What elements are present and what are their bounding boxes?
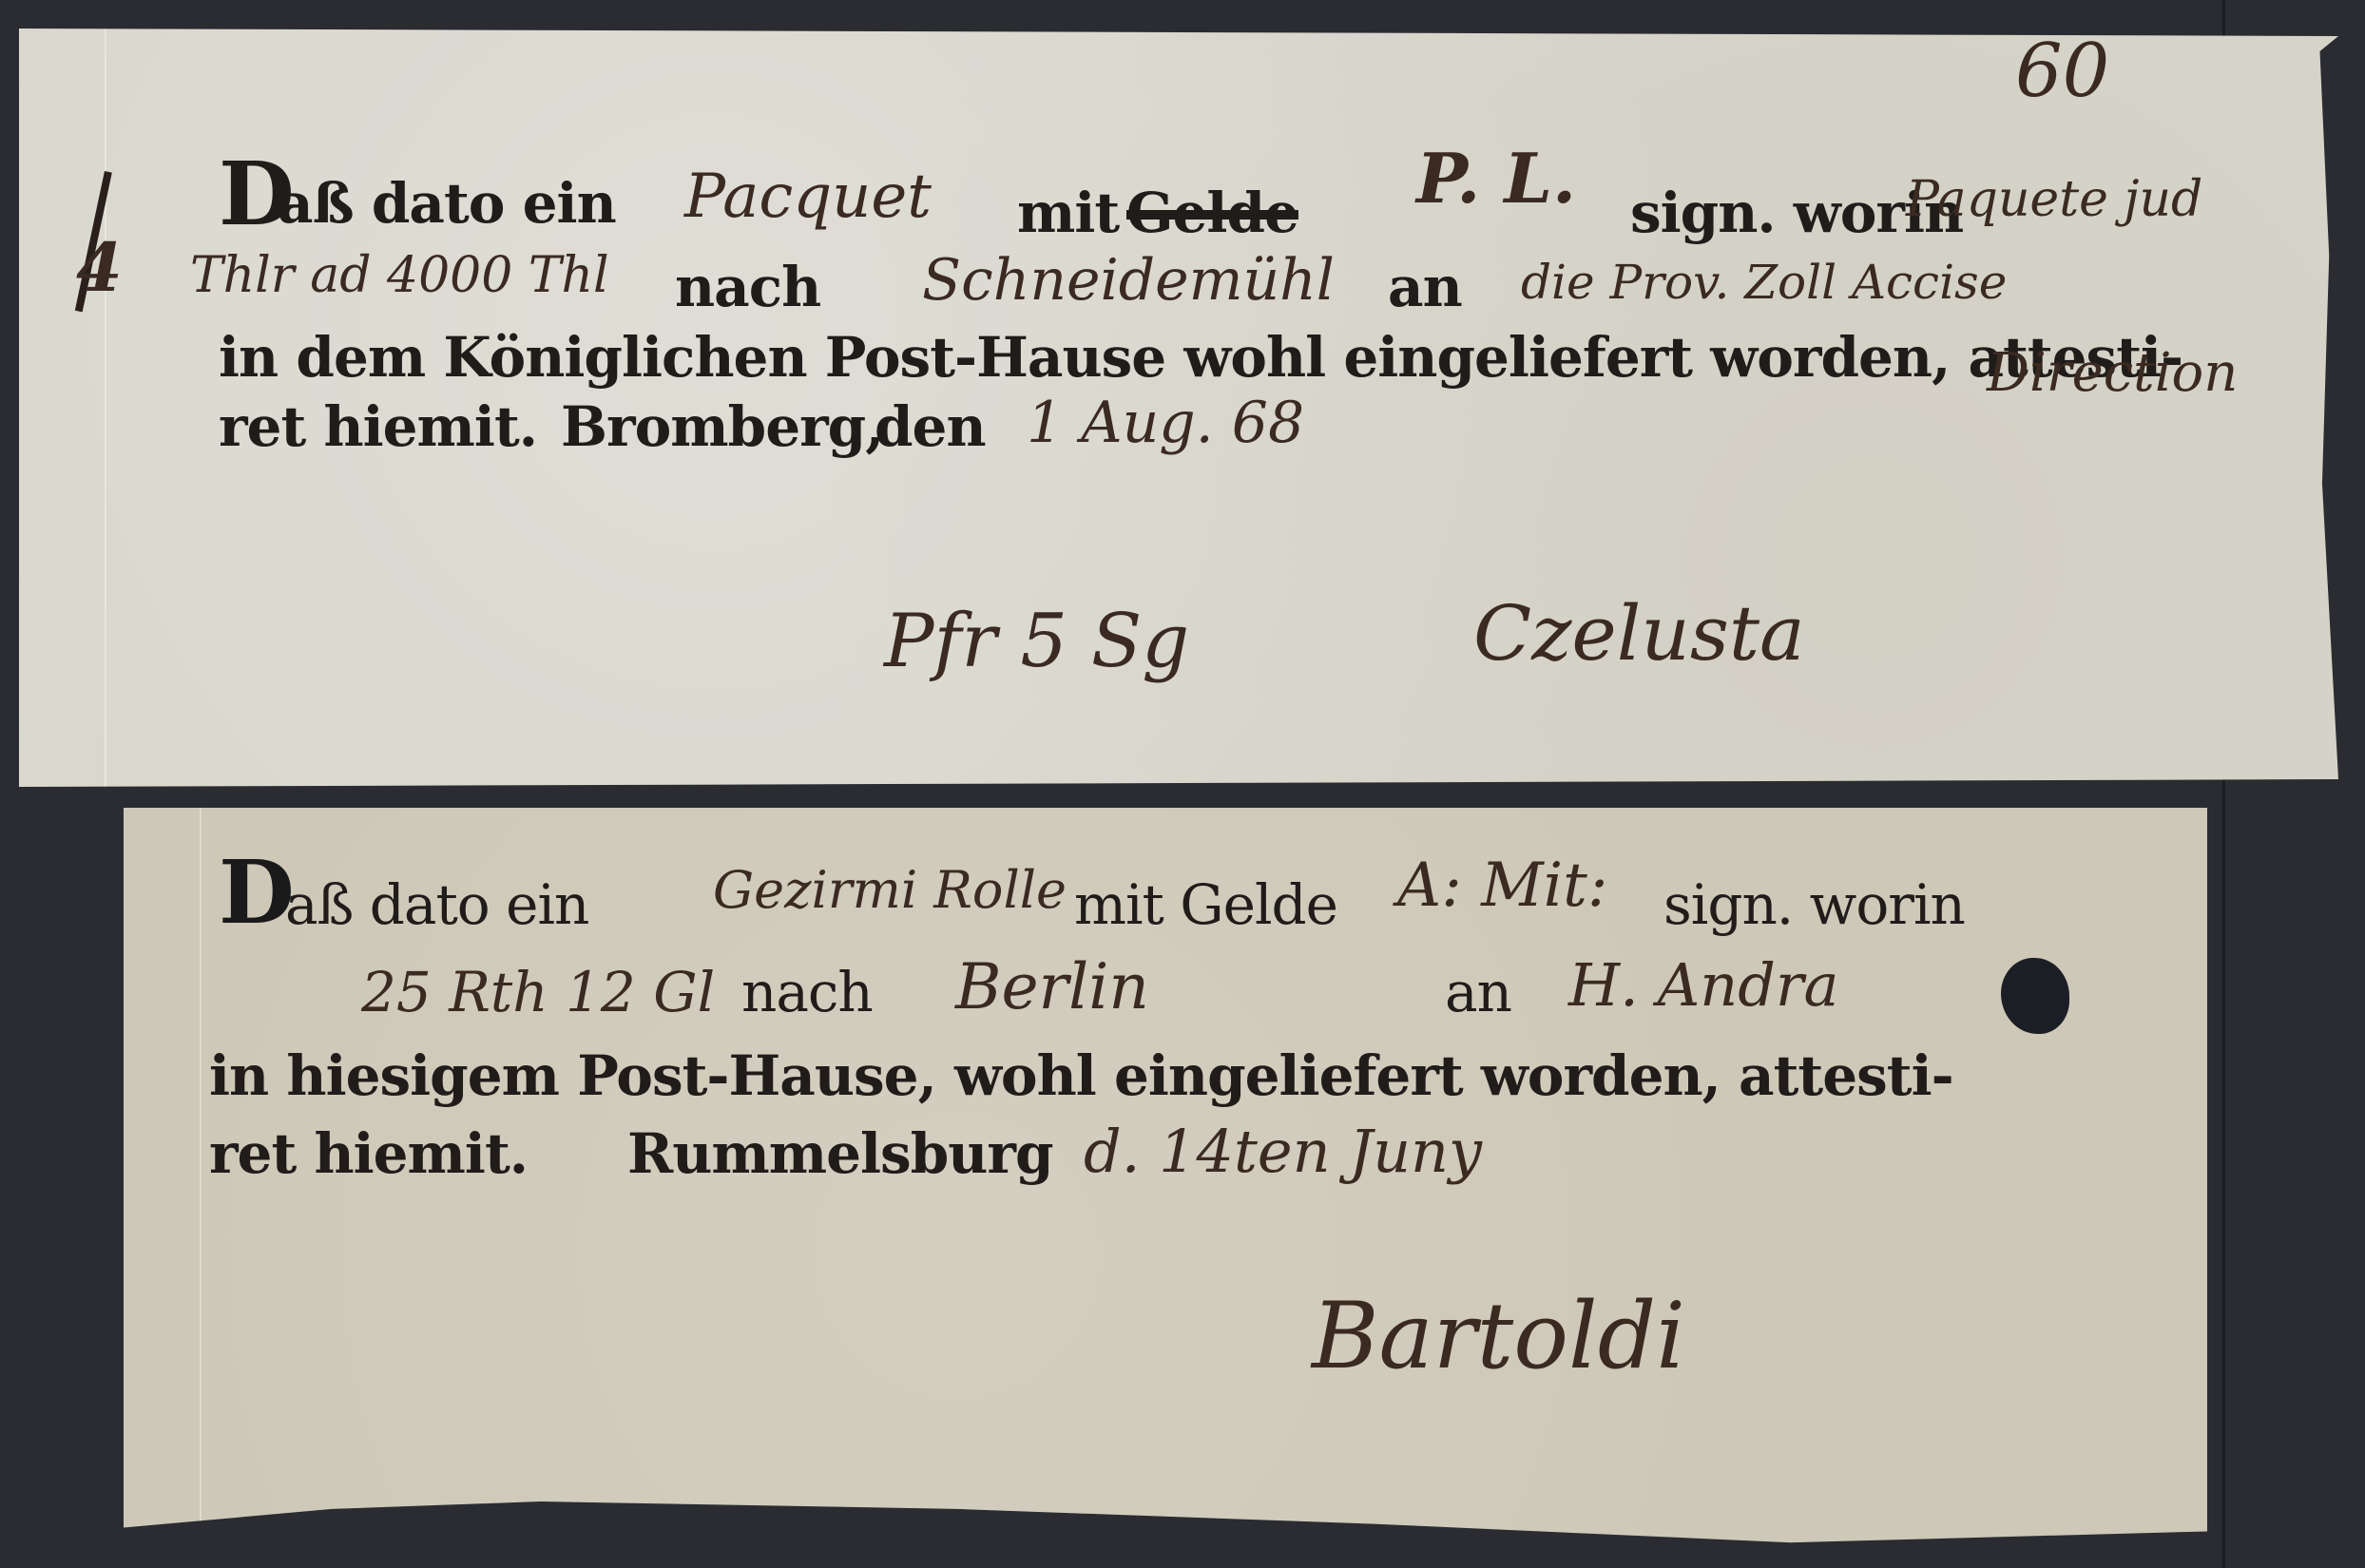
handwritten-amount: Thlr ad 4000 Thl (190, 247, 609, 304)
printed-text: den (875, 394, 986, 459)
printed-text: aß dato ein (285, 872, 588, 937)
printed-text: ret hiemit. (209, 1121, 528, 1186)
receipt-slip-bromberg: 60 4 D aß dato ein Pacquet mit Gelde P. … (19, 29, 2338, 787)
handwritten-recipient-cont: Direction (1987, 342, 2238, 404)
handwritten-sign: P. L. (1416, 138, 1576, 219)
printed-text: in dem Königlichen Post-Hause wohl einge… (219, 325, 2182, 390)
printed-text: mit (1017, 181, 1119, 245)
corner-number: 60 (2015, 29, 2109, 114)
handwritten-sign: A: Mit: (1397, 851, 1607, 921)
signature: Czelusta (1473, 589, 1805, 678)
drop-cap: D (219, 841, 294, 944)
printed-text: sign. worin (1663, 872, 1965, 937)
handwritten-destination: Berlin (955, 950, 1149, 1023)
handwritten-amount: 25 Rth 12 Gl (361, 960, 715, 1024)
printed-text: mit Gelde (1074, 872, 1337, 937)
receipt-slip-rummelsburg: D aß dato ein Gezirmi Rolle mit Gelde A:… (124, 808, 2207, 1554)
printed-place: Bromberg, (561, 394, 883, 459)
handwritten-contents: Paquete jud (1906, 171, 2202, 228)
handwritten-recipient: H. Andra (1568, 950, 1838, 1020)
handwritten-item: Gezirmi Rolle (713, 860, 1067, 920)
printed-text: an (1388, 255, 1462, 319)
printed-text: aß dato ein (278, 171, 616, 236)
struck-printed-text: Gelde (1126, 181, 1298, 245)
handwritten-recipient: die Prov. Zoll Accise (1521, 255, 2007, 310)
signature: Bartoldi (1312, 1283, 1685, 1389)
printed-text: an (1445, 960, 1511, 1024)
handwritten-date: 1 Aug. 68 (1027, 390, 1304, 456)
printed-text: nach (741, 960, 873, 1024)
handwritten-item: Pacquet (684, 162, 932, 232)
margin-note: 4 (76, 228, 123, 307)
handwritten-destination: Schneidemühl (922, 247, 1335, 314)
printed-text: nach (675, 255, 820, 319)
wax-seal (2001, 958, 2069, 1034)
handwritten-fee: Pfr 5 Sg (884, 599, 1189, 684)
printed-place: Rummelsburg (627, 1121, 1053, 1186)
paper-fold (200, 808, 202, 1554)
paper-fold (105, 29, 106, 787)
printed-text: in hiesigem Post-Hause, wohl eingeliefer… (209, 1043, 1953, 1108)
handwritten-date: d. 14ten Juny (1084, 1117, 1482, 1186)
printed-text: ret hiemit. (219, 394, 537, 459)
